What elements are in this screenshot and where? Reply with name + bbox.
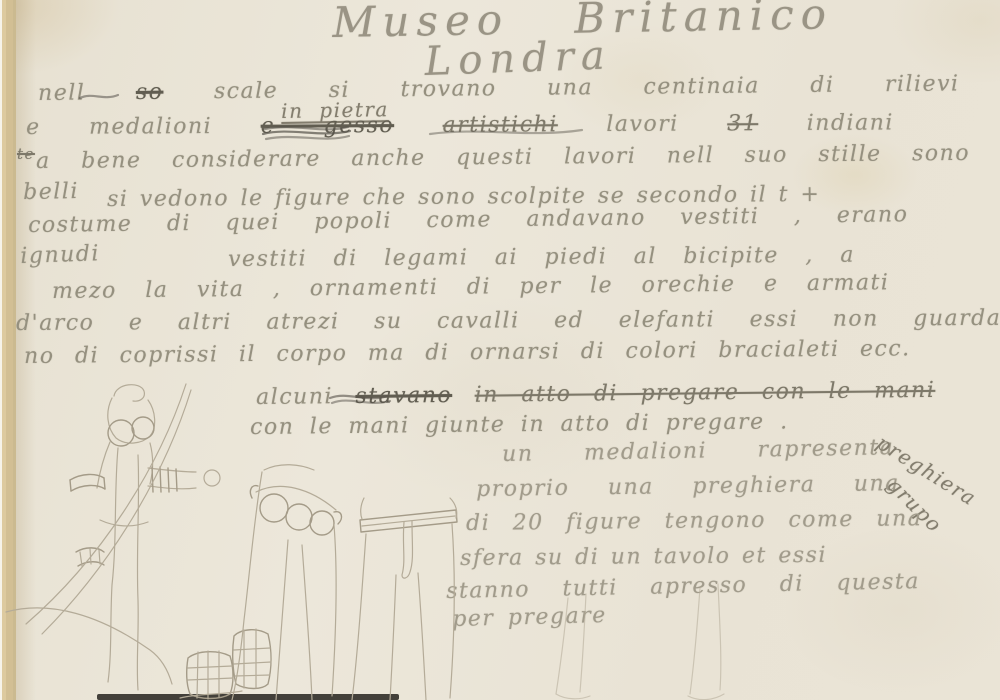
- manuscript-line-1: nell so scale si trovano una centinaia d…: [38, 73, 960, 105]
- page-left-edge: [0, 0, 16, 700]
- legs-waist-band-sketch: [352, 498, 457, 700]
- line-1-word: nell: [38, 81, 86, 106]
- manuscript-line-11: con le mani giunte in atto di pregare .: [250, 411, 789, 439]
- manuscript-line-16: stanno tutti apresso di questa: [446, 571, 920, 603]
- manuscript-page: Museo Britanico Londra nell so scale si …: [0, 0, 1000, 700]
- line-10-scribbled-word: stavano: [355, 383, 452, 409]
- line-10-struck-text: in atto di pregare con le mani: [475, 378, 936, 408]
- manuscript-line-3: a bene considerare anche questi lavori n…: [36, 143, 970, 173]
- manuscript-line-17: per pregare: [452, 605, 607, 631]
- line-2-word: indiani: [807, 110, 894, 135]
- manuscript-line-9: no di coprissi il corpo ma di ornarsi di…: [24, 338, 911, 368]
- line-3-margin-note: te: [17, 147, 35, 162]
- line-2-struck-word: artistichi: [443, 112, 558, 138]
- line-2-text: e medalioni: [26, 114, 212, 140]
- manuscript-line-7: mezo la vita , ornamenti di per le orech…: [52, 272, 890, 303]
- faint-legs-sketch: [556, 584, 724, 700]
- line-1-struck-word: so: [136, 80, 164, 105]
- manuscript-line-6: vestiti di legami ai piedi al bicipite ,…: [228, 245, 855, 271]
- line-2-word: lavori: [606, 112, 679, 137]
- manuscript-line-14: di 20 figure tengono come una: [466, 508, 922, 535]
- scan-shadow-strip: [97, 694, 399, 700]
- line-2-struck-word: e gesso: [261, 113, 395, 139]
- manuscript-line-10: alcuni stavano in atto di pregare con le…: [256, 380, 935, 409]
- manuscript-line-8: d'arco e altri atrezi su cavalli ed elef…: [16, 308, 1000, 335]
- line-2-struck-number: 31: [727, 111, 758, 136]
- line-4-margin-word: belli: [23, 181, 79, 204]
- manuscript-line-2: e medalioni e gesso artistichi lavori 31…: [26, 112, 894, 139]
- manuscript-line-15: sfera su di un tavolo et essi: [460, 545, 827, 570]
- manuscript-line-13: proprio una preghiera una: [476, 473, 900, 501]
- legs-ring-belt-sketch: [232, 465, 341, 700]
- line-6-margin-word: ignudi: [20, 243, 100, 268]
- line-10-word: alcuni: [256, 384, 333, 410]
- manuscript-line-12: un medalioni rapresenta: [502, 437, 894, 466]
- standing-figure-sketch: [6, 384, 271, 699]
